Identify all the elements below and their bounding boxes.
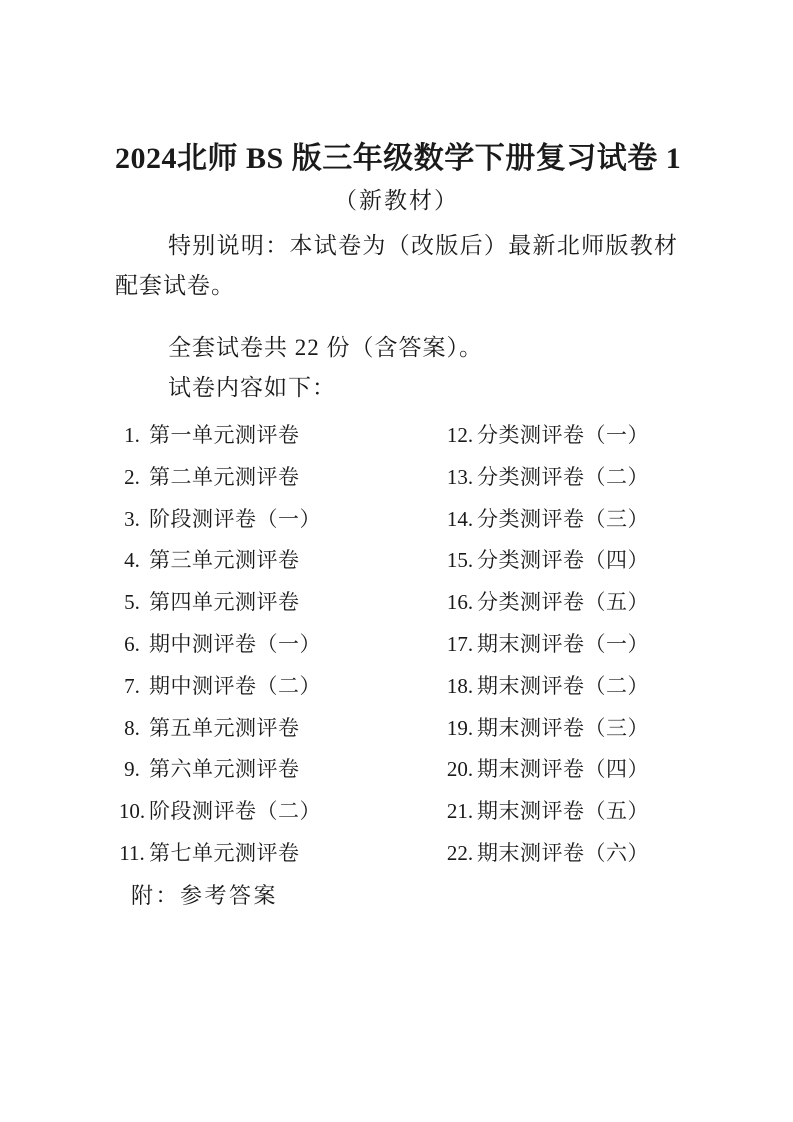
item-label: 分类测评卷（一） [477,423,649,447]
item-label: 分类测评卷（二） [477,465,649,489]
item-number: 16. [443,582,477,624]
list-item: 3.阶段测评卷（一） [115,499,443,541]
list-item: 7.期中测评卷（二） [115,666,443,708]
item-number: 17. [443,624,477,666]
list-item: 13.分类测评卷（二） [443,457,678,499]
document-title: 2024北师 BS 版三年级数学下册复习试卷 1 [115,136,678,182]
list-item: 9.第六单元测评卷 [115,749,443,791]
item-label: 第二单元测评卷 [149,465,300,489]
list-item: 20.期末测评卷（四） [443,749,678,791]
item-number: 8. [115,708,149,750]
list-item: 16.分类测评卷（五） [443,582,678,624]
paper-count-line: 全套试卷共 22 份（含答案）。 [115,328,678,368]
list-item: 21.期末测评卷（五） [443,791,678,833]
list-item: 12.分类测评卷（一） [443,415,678,457]
item-number: 15. [443,540,477,582]
item-label: 分类测评卷（三） [477,507,649,531]
item-number: 9. [115,749,149,791]
item-label: 阶段测评卷（二） [149,799,321,823]
item-label: 第一单元测评卷 [149,423,300,447]
item-number: 6. [115,624,149,666]
item-number: 5. [115,582,149,624]
list-item: 11.第七单元测评卷 [115,833,443,875]
item-number: 20. [443,749,477,791]
item-label: 第五单元测评卷 [149,716,300,740]
appendix-line: 附：参考答案 [131,878,678,914]
item-number: 11. [115,833,149,875]
item-label: 期末测评卷（一） [477,632,649,656]
item-label: 期中测评卷（二） [149,674,321,698]
item-number: 3. [115,499,149,541]
item-number: 19. [443,708,477,750]
list-item: 8.第五单元测评卷 [115,708,443,750]
item-number: 22. [443,833,477,875]
item-label: 期末测评卷（六） [477,841,649,865]
toc-column-left: 1.第一单元测评卷2.第二单元测评卷3.阶段测评卷（一）4.第三单元测评卷5.第… [115,415,443,875]
item-label: 期末测评卷（五） [477,799,649,823]
item-label: 第三单元测评卷 [149,548,300,572]
item-number: 7. [115,666,149,708]
item-label: 分类测评卷（五） [477,590,649,614]
item-label: 期末测评卷（三） [477,716,649,740]
document-page: 2024北师 BS 版三年级数学下册复习试卷 1 （新教材） 特别说明：本试卷为… [0,0,793,1122]
item-label: 第四单元测评卷 [149,590,300,614]
item-number: 10. [115,791,149,833]
item-label: 分类测评卷（四） [477,548,649,572]
special-note-paragraph: 特别说明：本试卷为（改版后）最新北师版教材配套试卷。 [115,226,678,305]
item-number: 1. [115,415,149,457]
item-number: 2. [115,457,149,499]
item-number: 18. [443,666,477,708]
item-number: 13. [443,457,477,499]
list-item: 19.期末测评卷（三） [443,708,678,750]
toc-column-right: 12.分类测评卷（一）13.分类测评卷（二）14.分类测评卷（三）15.分类测评… [443,415,678,875]
item-label: 期末测评卷（二） [477,674,649,698]
list-item: 5.第四单元测评卷 [115,582,443,624]
item-number: 21. [443,791,477,833]
list-item: 15.分类测评卷（四） [443,540,678,582]
item-label: 第六单元测评卷 [149,757,300,781]
table-of-contents: 1.第一单元测评卷2.第二单元测评卷3.阶段测评卷（一）4.第三单元测评卷5.第… [115,415,678,875]
contents-heading: 试卷内容如下： [115,368,678,408]
item-label: 期末测评卷（四） [477,757,649,781]
list-item: 22.期末测评卷（六） [443,833,678,875]
list-item: 14.分类测评卷（三） [443,499,678,541]
list-item: 17.期末测评卷（一） [443,624,678,666]
item-number: 14. [443,499,477,541]
list-item: 18.期末测评卷（二） [443,666,678,708]
document-subtitle: （新教材） [115,184,678,218]
list-item: 1.第一单元测评卷 [115,415,443,457]
list-item: 2.第二单元测评卷 [115,457,443,499]
item-label: 阶段测评卷（一） [149,507,321,531]
list-item: 10.阶段测评卷（二） [115,791,443,833]
list-item: 4.第三单元测评卷 [115,540,443,582]
item-number: 12. [443,415,477,457]
item-number: 4. [115,540,149,582]
item-label: 第七单元测评卷 [149,841,300,865]
item-label: 期中测评卷（一） [149,632,321,656]
list-item: 6.期中测评卷（一） [115,624,443,666]
